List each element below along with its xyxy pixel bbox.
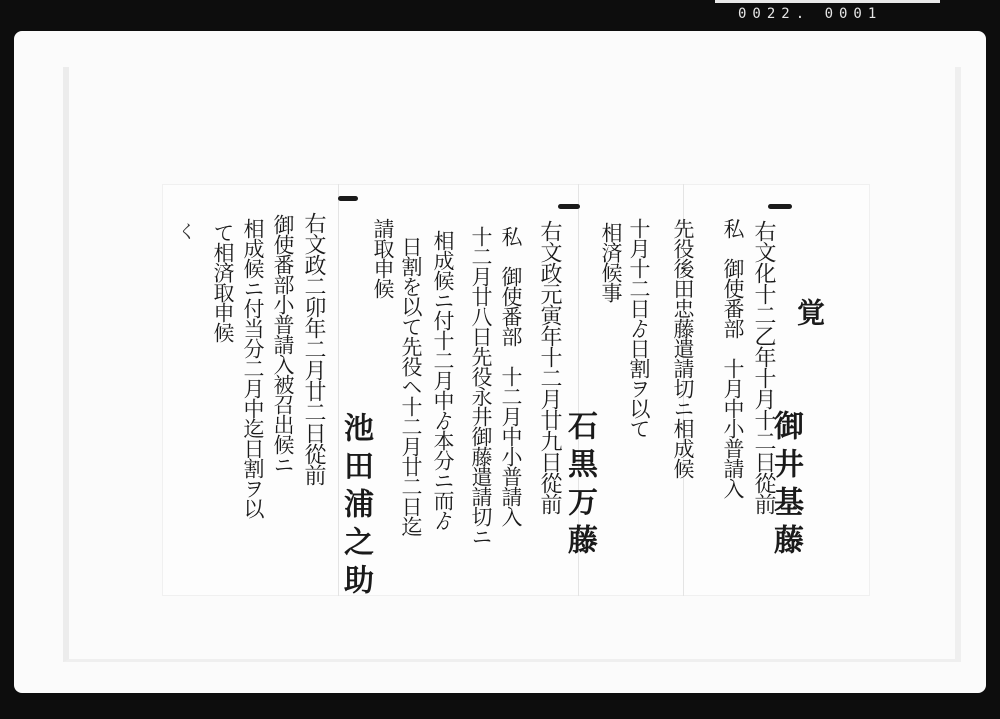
- film-edge-strip: [715, 0, 940, 3]
- entry-3-line-4: て相済取申候: [212, 222, 233, 342]
- entry-3-line-2: 御使番部小普請入被召出候ニ: [272, 214, 293, 474]
- entry-1-line-5: 相済候事: [600, 222, 621, 302]
- entry-1-signature: 御井基藤: [770, 410, 800, 562]
- entry-3-line-1: 右文政二卯年二月廿二日從前: [302, 212, 324, 485]
- entry-1-line-2: 私 御使番部 十月中小普請入: [722, 218, 743, 498]
- entry-2-signature: 石黒万藤: [564, 410, 594, 562]
- entry-2-line-3: 十二月廿八日先役永井御藤遣請切ニ: [470, 226, 491, 546]
- entry-2-line-5: 日割を以て先役ヘ十二月廿二日迄: [400, 236, 421, 536]
- entry-2-line-6: 請取申候: [372, 218, 393, 298]
- margin-mark: く: [178, 218, 196, 244]
- entry-3-line-3: 相成候ニ付当分二月中迄日割ヲ以: [242, 218, 263, 518]
- entry-3-marker: [338, 196, 358, 201]
- frame-number: 0022. 0001: [738, 6, 882, 22]
- entry-1-line-3: 先役後田忠藤遣請切ニ相成候: [672, 218, 693, 478]
- entry-1-marker: [768, 204, 792, 209]
- microfilm-frame: 0022. 0001 覚 右文化十二乙年十月十二日從前 私 御使番部 十月中小普…: [0, 0, 1000, 719]
- entry-1-line-4: 十月十二日ゟ日割ヲ以て: [628, 218, 649, 438]
- entry-2-line-1: 右文政元寅年十二月廿九日從前: [538, 220, 560, 514]
- entry-3-signature: 池田浦之助: [340, 412, 370, 602]
- document-heading: 覚: [795, 298, 823, 328]
- entry-2-marker: [558, 204, 580, 209]
- entry-2-line-4: 相成候ニ付十二月中ゟ本分ニ而ゟ: [432, 230, 453, 530]
- entry-2-line-2: 私 御使番部 十二月中小普請入: [500, 226, 521, 526]
